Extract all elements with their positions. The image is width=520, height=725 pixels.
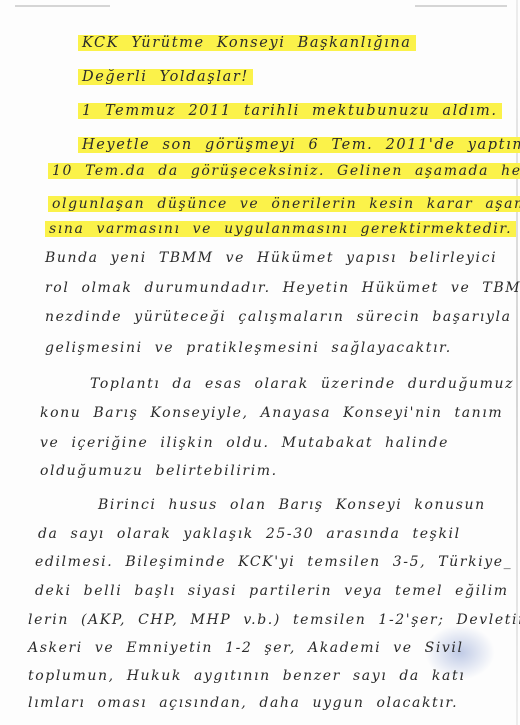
handwritten-text: Askeri ve Emniyetin 1-2 şer, Akademi ve …: [28, 640, 464, 656]
scanned-letter-page: KCK Yürütme Konseyi BaşkanlığınaDeğerli …: [0, 0, 520, 725]
letter-line: deki belli başlı siyasi partilerin veya …: [35, 580, 509, 602]
highlighted-text: sına varmasını ve uygulanmasını gerektir…: [45, 221, 516, 237]
handwritten-text: toplumun, Hukuk aygıtının benzer sayı da…: [28, 668, 465, 684]
letter-line: Heyetle son görüşmeyi 6 Tem. 2011'de yap…: [78, 134, 520, 156]
letter-line: 1 Temmuz 2011 tarihli mektubunuzu aldım.: [78, 100, 502, 122]
letter-line: da sayı olarak yaklaşık 25-30 arasında t…: [38, 523, 461, 545]
letter-line: Birinci husus olan Barış Konseyi konusun: [98, 494, 486, 516]
letter-line: sına varmasını ve uygulanmasını gerektir…: [45, 218, 516, 240]
highlighted-text: KCK Yürütme Konseyi Başkanlığına: [78, 35, 416, 51]
handwritten-text: rol olmak durumundadır. Heyetin Hükümet …: [45, 280, 520, 296]
letter-line: Askeri ve Emniyetin 1-2 şer, Akademi ve …: [28, 637, 464, 659]
handwritten-text: lımları oması açısından, daha uygun olac…: [28, 695, 458, 711]
letter-line: olduğumuzu belirtebilirim.: [40, 460, 278, 482]
letter-line: toplumun, Hukuk aygıtının benzer sayı da…: [28, 665, 465, 687]
handwritten-text: ve içeriğine ilişkin oldu. Mutabakat hal…: [40, 435, 449, 451]
letter-line: KCK Yürütme Konseyi Başkanlığına: [78, 32, 416, 54]
highlighted-text: 1 Temmuz 2011 tarihli mektubunuzu aldım.: [78, 103, 502, 119]
letter-line: olgunlaşan düşünce ve önerilerin kesin k…: [48, 193, 520, 215]
highlighted-text: Değerli Yoldaşlar!: [78, 69, 253, 85]
handwritten-text: lerin (AKP, CHP, MHP v.b.) temsilen 1-2'…: [28, 612, 520, 628]
page-edge-shadow: [415, 5, 507, 7]
letter-line: Bunda yeni TBMM ve Hükümet yapısı belirl…: [45, 247, 497, 269]
letter-line: Toplantı da esas olarak üzerinde durduğu…: [90, 373, 514, 395]
letter-line: ve içeriğine ilişkin oldu. Mutabakat hal…: [40, 432, 449, 454]
letter-line: edilmesi. Bileşiminde KCK'yi temsilen 3-…: [35, 551, 512, 573]
letter-line: lerin (AKP, CHP, MHP v.b.) temsilen 1-2'…: [28, 609, 520, 631]
handwritten-text: da sayı olarak yaklaşık 25-30 arasında t…: [38, 526, 461, 542]
letter-line: nezdinde yürüteceği çalışmaların sürecin…: [45, 306, 512, 328]
letter-line: rol olmak durumundadır. Heyetin Hükümet …: [45, 277, 520, 299]
letter-line: konu Barış Konseyiyle, Anayasa Konseyi'n…: [40, 402, 503, 424]
handwritten-text: olduğumuzu belirtebilirim.: [40, 463, 278, 479]
handwritten-text: gelişmesini ve pratikleşmesini sağlayaca…: [45, 340, 452, 356]
handwritten-text: konu Barış Konseyiyle, Anayasa Konseyi'n…: [40, 405, 503, 421]
letter-line: gelişmesini ve pratikleşmesini sağlayaca…: [45, 337, 452, 359]
handwritten-text: Bunda yeni TBMM ve Hükümet yapısı belirl…: [45, 250, 497, 266]
letter-line: Değerli Yoldaşlar!: [78, 66, 253, 88]
handwritten-text: Toplantı da esas olarak üzerinde durduğu…: [90, 376, 514, 392]
highlighted-text: olgunlaşan düşünce ve önerilerin kesin k…: [48, 196, 520, 212]
handwritten-text: Birinci husus olan Barış Konseyi konusun: [98, 497, 486, 513]
letter-line: lımları oması açısından, daha uygun olac…: [28, 692, 458, 714]
page-edge-shadow: [15, 5, 110, 7]
handwritten-text: edilmesi. Bileşiminde KCK'yi temsilen 3-…: [35, 554, 512, 570]
highlighted-text: Heyetle son görüşmeyi 6 Tem. 2011'de yap…: [78, 137, 520, 153]
letter-line: 10 Tem.da da görüşeceksiniz. Gelinen aşa…: [48, 160, 520, 182]
highlighted-text: 10 Tem.da da görüşeceksiniz. Gelinen aşa…: [48, 163, 520, 179]
handwritten-text: nezdinde yürüteceği çalışmaların sürecin…: [45, 309, 512, 325]
handwritten-text: deki belli başlı siyasi partilerin veya …: [35, 583, 509, 599]
